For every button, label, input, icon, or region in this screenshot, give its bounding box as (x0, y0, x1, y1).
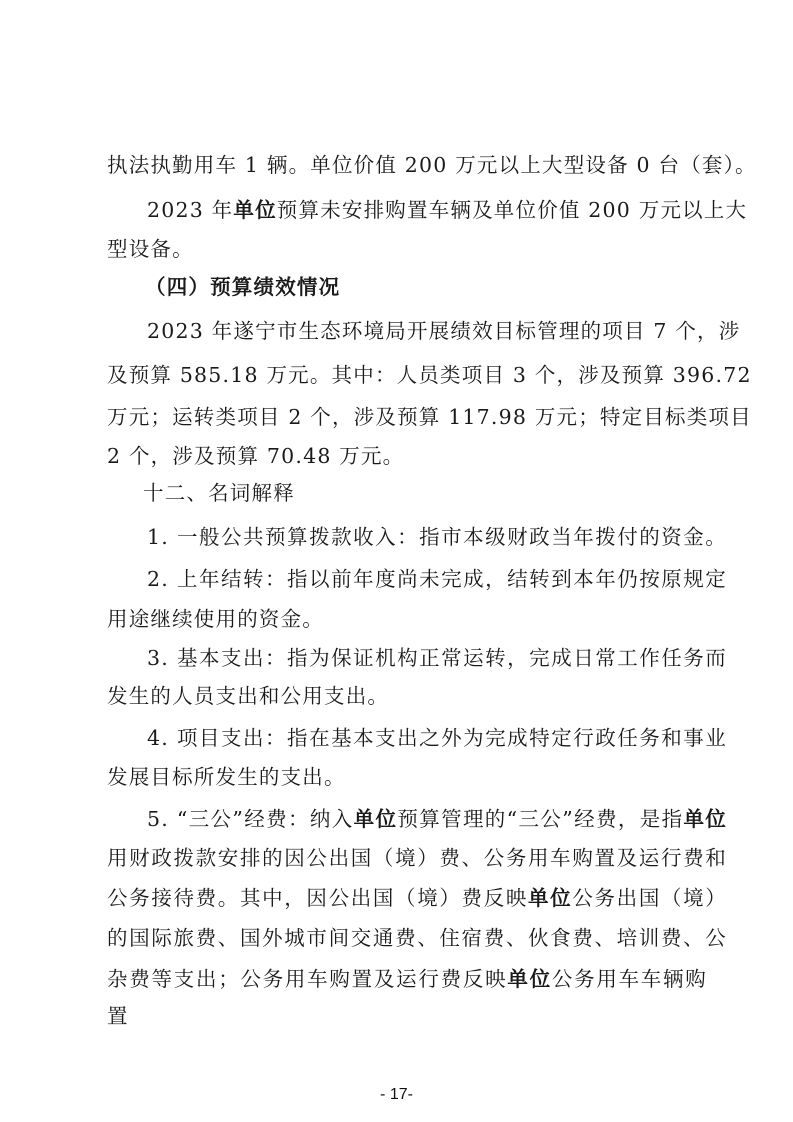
paragraph-line: 发展目标所发生的支出。 (107, 764, 346, 790)
highlighted-term: 单位 (507, 967, 551, 991)
heading-text: 十二、名词解释 (143, 481, 295, 505)
text-segment: 用途继续使用的资金。 (107, 607, 324, 631)
text-segment: 用财政拨款安排的因公出国（境）费、公务用车购置及运行费和 (107, 846, 727, 870)
text-segment: 3. 基本支出：指为保证机构正常运转，完成日常工作任务而 (147, 646, 727, 670)
text-segment: 公务接待费。其中，因公出国（境）费反映 (107, 886, 528, 910)
text-segment: 5. “三公”经费：纳入 (147, 807, 354, 831)
text-segment: 杂费等支出；公务用车购置及运行费反映 (107, 967, 507, 991)
highlighted-term: 单位 (683, 807, 727, 831)
text-segment: 2 个，涉及预算 70.48 万元。 (107, 444, 404, 468)
text-segment: 公务出国（境） (572, 886, 727, 910)
paragraph-line: 置 (107, 1003, 129, 1029)
paragraph-line: 2. 上年结转：指以前年度尚未完成，结转到本年仍按原规定 (147, 566, 727, 592)
paragraph-line: 4. 项目支出：指在基本支出之外为完成特定行政任务和事业 (147, 725, 727, 751)
paragraph-line: 1. 一般公共预算拨款收入：指市本级财政当年拨付的资金。 (147, 524, 727, 550)
paragraph-line: 用途继续使用的资金。 (107, 606, 324, 632)
highlighted-term: 单位 (233, 198, 276, 222)
text-segment: 预算管理的“三公”经费，是指 (397, 807, 683, 831)
paragraph-line: 5. “三公”经费：纳入单位预算管理的“三公”经费，是指单位 (147, 806, 727, 832)
section-heading: （四）预算绩效情况 (145, 274, 340, 300)
section-heading: 十二、名词解释 (143, 480, 295, 506)
highlighted-term: 单位 (354, 807, 398, 831)
text-segment: 4. 项目支出：指在基本支出之外为完成特定行政任务和事业 (147, 726, 727, 750)
paragraph-line: 公务接待费。其中，因公出国（境）费反映单位公务出国（境） (107, 885, 727, 911)
paragraph-line: 型设备。 (107, 236, 194, 262)
text-segment: 公务用车车辆购 (552, 967, 707, 991)
text-segment: 置 (107, 1004, 129, 1028)
text-segment: 的国际旅费、国外城市间交通费、住宿费、伙食费、培训费、公 (107, 926, 727, 950)
text-segment: 2023 年遂宁市生态环境局开展绩效目标管理的项目 7 个，涉 (147, 319, 740, 343)
text-segment: 预算未安排购置车辆及单位价值 200 万元以上大 (277, 198, 747, 222)
paragraph-line: 2023 年遂宁市生态环境局开展绩效目标管理的项目 7 个，涉 (147, 318, 727, 344)
paragraph-line: 执法执勤用车 1 辆。单位价值 200 万元以上大型设备 0 台（套）。 (107, 152, 727, 178)
paragraph-line: 2 个，涉及预算 70.48 万元。 (107, 443, 404, 469)
text-segment: 1. 一般公共预算拨款收入：指市本级财政当年拨付的资金。 (147, 525, 727, 549)
paragraph-line: 3. 基本支出：指为保证机构正常运转，完成日常工作任务而 (147, 645, 727, 671)
text-segment: 2023 年 (147, 198, 233, 222)
document-page: 执法执勤用车 1 辆。单位价值 200 万元以上大型设备 0 台（套）。 202… (0, 0, 793, 1122)
text-segment: 万元；运转类项目 2 个，涉及预算 117.98 万元；特定目标类项目 (107, 405, 752, 429)
paragraph-line: 及预算 585.18 万元。其中：人员类项目 3 个，涉及预算 396.72 (107, 362, 727, 388)
highlighted-term: 单位 (528, 886, 572, 910)
paragraph-line: 的国际旅费、国外城市间交通费、住宿费、伙食费、培训费、公 (107, 925, 727, 951)
text-segment: 发生的人员支出和公用支出。 (107, 684, 389, 708)
paragraph-line: 2023 年单位预算未安排购置车辆及单位价值 200 万元以上大 (147, 197, 727, 223)
text-segment: 及预算 585.18 万元。其中：人员类项目 3 个，涉及预算 396.72 (107, 363, 752, 387)
text-segment: 型设备。 (107, 237, 194, 261)
paragraph-line: 用财政拨款安排的因公出国（境）费、公务用车购置及运行费和 (107, 845, 727, 871)
page-number: - 17- (0, 1086, 793, 1104)
paragraph-line: 万元；运转类项目 2 个，涉及预算 117.98 万元；特定目标类项目 (107, 404, 727, 430)
paragraph-line: 发生的人员支出和公用支出。 (107, 683, 389, 709)
heading-text: （四）预算绩效情况 (145, 275, 340, 299)
paragraph-line: 杂费等支出；公务用车购置及运行费反映单位公务用车车辆购 (107, 966, 707, 992)
text-segment: 2. 上年结转：指以前年度尚未完成，结转到本年仍按原规定 (147, 567, 727, 591)
text-segment: 发展目标所发生的支出。 (107, 765, 346, 789)
text-segment: 执法执勤用车 1 辆。单位价值 200 万元以上大型设备 0 台（套）。 (107, 153, 757, 177)
